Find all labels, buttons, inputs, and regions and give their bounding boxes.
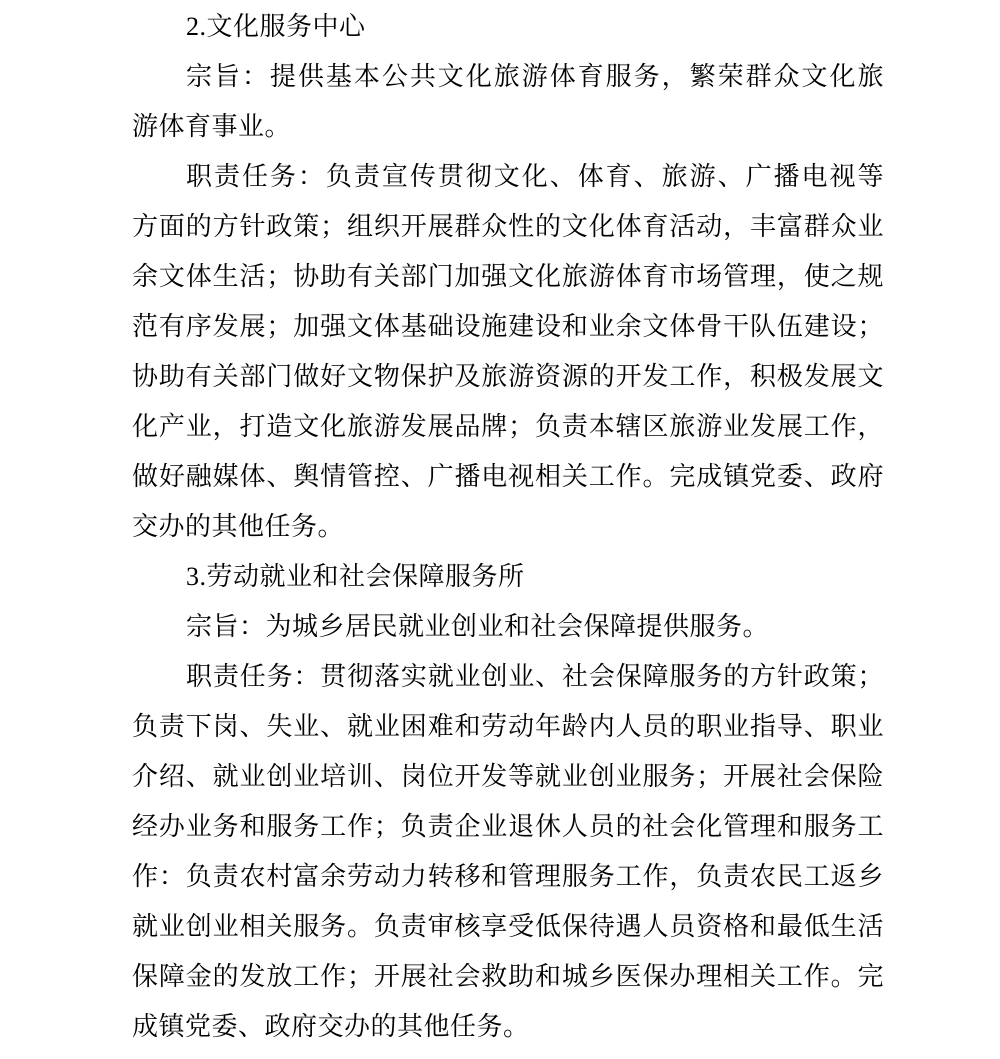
paragraph-purpose-labor: 宗旨：为城乡居民就业创业和社会保障提供服务。	[132, 602, 884, 652]
paragraph-duties-culture: 职责任务：负责宣传贯彻文化、体育、旅游、广播电视等 方面的方针政策；组织开展群众…	[132, 152, 884, 552]
text-line: 范有序发展；加强文体基础设施建设和业余文体骨干队伍建设；	[132, 302, 884, 352]
text-line: 余文体生活；协助有关部门加强文化旅游体育市场管理，使之规	[132, 252, 884, 302]
text-line: 协助有关部门做好文物保护及旅游资源的开发工作，积极发展文	[132, 352, 884, 402]
text-line: 就业创业相关服务。负责审核享受低保待遇人员资格和最低生活	[132, 902, 884, 952]
text-line: 经办业务和服务工作；负责企业退休人员的社会化管理和服务工	[132, 802, 884, 852]
paragraph-duties-labor: 职责任务：贯彻落实就业创业、社会保障服务的方针政策； 负责下岗、失业、就业困难和…	[132, 652, 884, 1052]
text-line: 介绍、就业创业培训、岗位开发等就业创业服务；开展社会保险	[132, 752, 884, 802]
text-line: 成镇党委、政府交办的其他任务。	[132, 1002, 884, 1052]
paragraph-purpose-culture: 宗旨：提供基本公共文化旅游体育服务，繁荣群众文化旅 游体育事业。	[132, 52, 884, 152]
text-line: 职责任务：贯彻落实就业创业、社会保障服务的方针政策；	[132, 652, 884, 702]
text-line: 作：负责农村富余劳动力转移和管理服务工作，负责农民工返乡	[132, 852, 884, 902]
document-page: 2.文化服务中心 宗旨：提供基本公共文化旅游体育服务，繁荣群众文化旅 游体育事业…	[132, 2, 884, 1052]
text-line: 2.文化服务中心	[132, 2, 884, 52]
text-line: 负责下岗、失业、就业困难和劳动年龄内人员的职业指导、职业	[132, 702, 884, 752]
paragraph-heading-culture-service-center: 2.文化服务中心	[132, 2, 884, 52]
text-line: 游体育事业。	[132, 102, 884, 152]
text-line: 做好融媒体、舆情管控、广播电视相关工作。完成镇党委、政府	[132, 452, 884, 502]
text-line: 职责任务：负责宣传贯彻文化、体育、旅游、广播电视等	[132, 152, 884, 202]
text-line: 方面的方针政策；组织开展群众性的文化体育活动，丰富群众业	[132, 202, 884, 252]
text-line: 宗旨：为城乡居民就业创业和社会保障提供服务。	[132, 602, 884, 652]
text-line: 宗旨：提供基本公共文化旅游体育服务，繁荣群众文化旅	[132, 52, 884, 102]
text-line: 3.劳动就业和社会保障服务所	[132, 552, 884, 602]
text-line: 交办的其他任务。	[132, 502, 884, 552]
text-line: 保障金的发放工作；开展社会救助和城乡医保办理相关工作。完	[132, 952, 884, 1002]
paragraph-heading-labor-social-security: 3.劳动就业和社会保障服务所	[132, 552, 884, 602]
text-line: 化产业，打造文化旅游发展品牌；负责本辖区旅游业发展工作，	[132, 402, 884, 452]
